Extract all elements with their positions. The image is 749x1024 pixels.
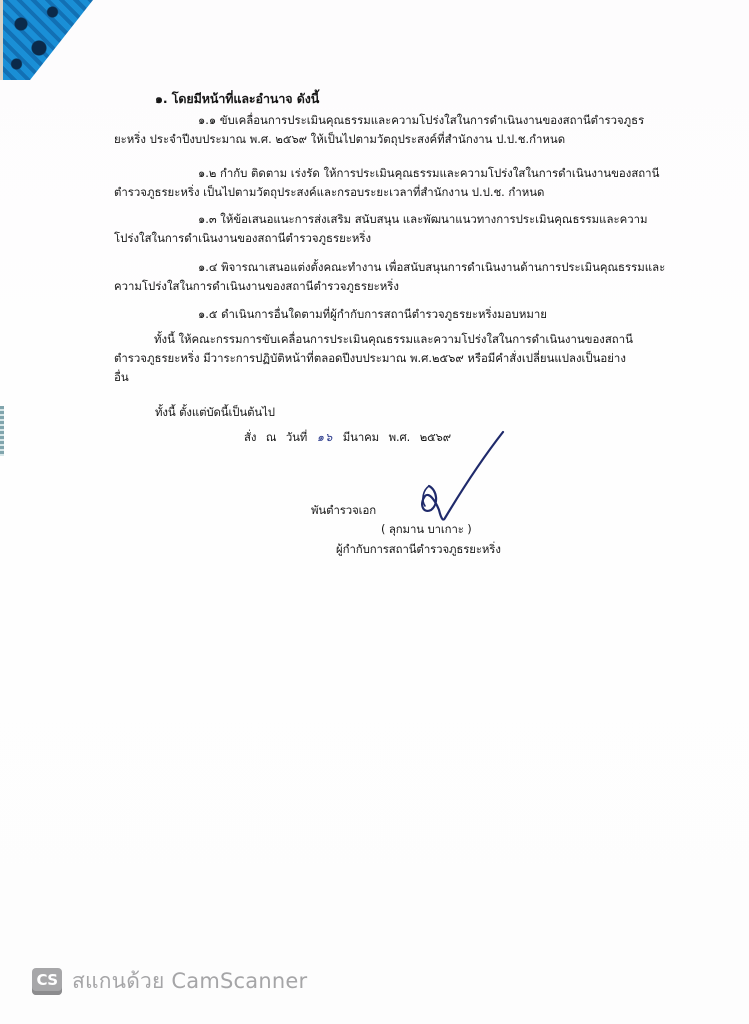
duty-item-3-line1: ๑.๓ ให้ข้อเสนอแนะการส่งเสริม สนับสนุน แล… [114,210,659,229]
duty-item-5: ๑.๕ ดำเนินการอื่นใดตามที่ผู้กำกับการสถาน… [114,305,659,324]
duty-item-4-line1: ๑.๔ พิจารณาเสนอแต่งตั้งคณะทำงาน เพื่อสนั… [114,258,659,277]
duty-item-4-line2: ความโปร่งใสในการดำเนินงานของสถานีตำรวจภู… [114,277,659,296]
scanned-document-page: ๑. โดยมีหน้าที่และอำนาจ ดังนี้ ๑.๑ ขับเค… [0,0,749,1024]
duty-item-4: ๑.๔ พิจารณาเสนอแต่งตั้งคณะทำงาน เพื่อสนั… [114,258,659,296]
duty-item-1-line1: ๑.๑ ขับเคลื่อนการประเมินคุณธรรมและความโป… [114,111,659,130]
duty-item-5-line1: ๑.๕ ดำเนินการอื่นใดตามที่ผู้กำกับการสถาน… [114,305,659,324]
order-date-day: ๑๖ [317,430,333,444]
duty-item-2: ๑.๒ กำกับ ติดตาม เร่งรัด ให้การประเมินคุ… [114,164,659,202]
signatory-position: ผู้กำกับการสถานีตำรวจภูธรยะหริ่ง [336,540,501,559]
signatory-name: ( ลุกมาน บาเกาะ ) [381,520,472,539]
watermark-text: สแกนด้วย CamScanner [72,965,307,998]
handwritten-signature [415,430,505,525]
signatory-rank: พันตำรวจเอก [311,501,376,520]
decorative-corner-pattern [0,0,93,80]
duty-item-3: ๑.๓ ให้ข้อเสนอแนะการส่งเสริม สนับสนุน แล… [114,210,659,248]
closing-line1: ทั้งนี้ ให้คณะกรรมการขับเคลื่อนการประเมิ… [114,330,659,349]
camscanner-logo-icon: CS [32,968,62,995]
closing-line2: ตำรวจภูธรยะหริ่ง มีวาระการปฏิบัติหน้าที่… [114,349,659,368]
duty-item-1-line2: ยะหริ่ง ประจำปีงบประมาณ พ.ศ. ๒๕๖๙ ให้เป็… [114,130,659,149]
effective-statement: ทั้งนี้ ตั้งแต่บัดนี้เป็นต้นไป [155,403,275,422]
order-date-prefix: สั่ง ณ วันที่ [244,430,307,444]
camscanner-watermark: CS สแกนด้วย CamScanner [32,965,307,998]
closing-paragraph: ทั้งนี้ ให้คณะกรรมการขับเคลื่อนการประเมิ… [114,330,659,387]
scan-edge-artifact [0,406,4,456]
duty-item-2-line2: ตำรวจภูธรยะหริ่ง เป็นไปตามวัตถุประสงค์แล… [114,183,659,202]
duty-item-3-line2: โปร่งใสในการดำเนินงานของสถานีตำรวจภูธรยะ… [114,229,659,248]
duty-item-2-line1: ๑.๒ กำกับ ติดตาม เร่งรัด ให้การประเมินคุ… [114,164,659,183]
closing-line3: อื่น [114,368,659,387]
section-heading: ๑. โดยมีหน้าที่และอำนาจ ดังนี้ [155,89,319,108]
duty-item-1: ๑.๑ ขับเคลื่อนการประเมินคุณธรรมและความโป… [114,111,659,149]
